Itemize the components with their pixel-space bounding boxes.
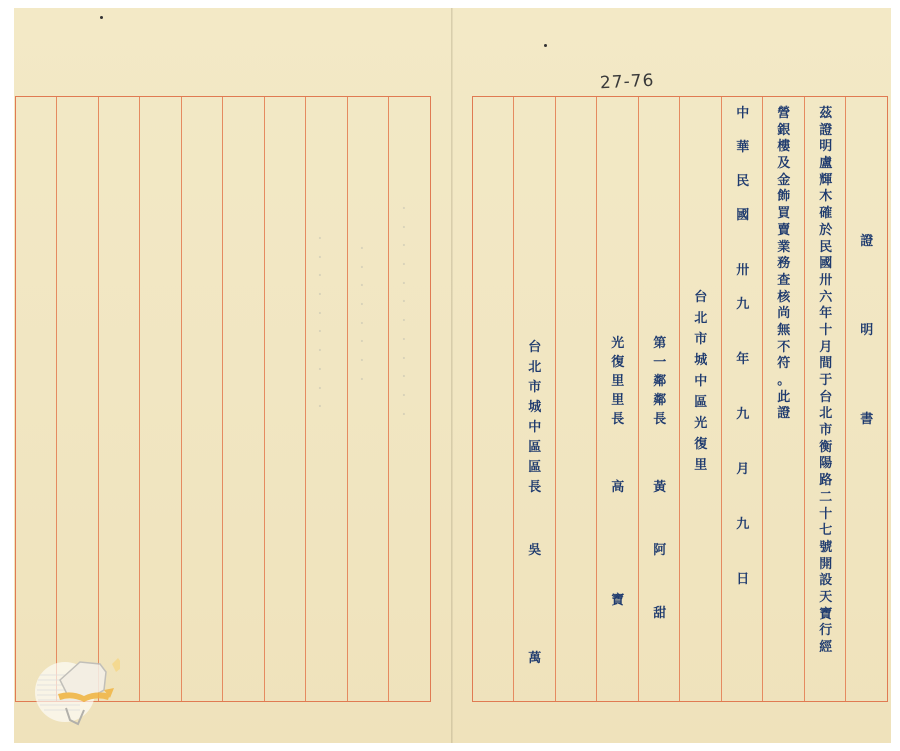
body-char: 市 [819,424,832,437]
village-chief-column: 光復里里長 高 寶 [597,97,639,701]
bleed-through-text: ·········· [318,230,322,417]
body-char: 年 [819,307,832,320]
body-char: 間 [819,357,832,370]
body-char: 盧 [819,157,832,170]
body-char: 月 [819,341,832,354]
location-char: 市 [694,333,707,346]
location-char: 中 [694,375,707,388]
body-char: 號 [819,541,832,554]
location-char: 台 [694,291,707,304]
body-char: 七 [819,524,832,537]
location-char: 里 [694,459,707,472]
body-char: 飾 [777,190,790,203]
body-char: 核 [777,291,790,304]
signatory-name-char: 萬 [528,652,541,665]
location-char: 北 [694,312,707,325]
body-char: 輝 [819,174,832,187]
neighborhood-chief-column: 第一鄰鄰長 黃 阿 甜 [639,97,681,701]
signatory-name-char: 阿 [653,544,666,557]
location-char: 城 [694,354,707,367]
date-char: 卅 [736,264,749,277]
body-char: 北 [819,407,832,420]
body-char: 于 [819,374,832,387]
location-char: 區 [694,396,707,409]
signatory-title-char: 光 [611,337,624,350]
body-char: 樓 [777,140,790,153]
body-char: 六 [819,291,832,304]
title-column: 證 明 書 [846,97,888,701]
body-char: 買 [777,207,790,220]
bleed-through-text: ········ [360,240,364,390]
body-char: 查 [777,274,790,287]
left-page-grid [15,96,431,702]
body-char: 寶 [819,608,832,621]
center-fold [451,8,453,743]
signatory-title-char: 里 [611,394,624,407]
location-char: 復 [694,438,707,451]
signatory-title-char: 長 [611,413,624,426]
title-char: 書 [860,413,873,426]
speck [100,16,103,19]
date-char: 月 [736,463,749,476]
location-char: 光 [694,417,707,430]
body-char: 路 [819,474,832,487]
body-line-2: 營銀樓及金飾買賣業務查核尚無不符。此證 [763,97,805,701]
speck [544,44,547,47]
signatory-title-char: 長 [528,481,541,494]
date-char: 九 [736,408,749,421]
signatory-title-char: 城 [528,401,541,414]
signatory-title-char: 里 [611,375,624,388]
archive-book-map-logo-icon [20,650,120,735]
signatory-title-char: 復 [611,356,624,369]
signatory-title-char: 中 [528,421,541,434]
body-char: 銀 [777,124,790,137]
body-char: 不 [777,341,790,354]
body-char: 國 [819,257,832,270]
body-char: 及 [777,157,790,170]
body-char: 賣 [777,224,790,237]
body-char: 證 [777,407,790,420]
body-char: 。 [777,374,790,387]
body-char: 務 [777,257,790,270]
body-char: 二 [819,491,832,504]
signatory-title-char: 鄰 [653,375,666,388]
body-char: 金 [777,174,790,187]
body-char: 營 [777,107,790,120]
body-char: 民 [819,241,832,254]
signatory-name-char: 高 [611,481,624,494]
title-char: 證 [860,235,873,248]
signatory-name-char: 寶 [611,594,624,607]
date-char: 九 [736,518,749,531]
body-char: 木 [819,190,832,203]
body-char: 衡 [819,441,832,454]
title-char: 明 [860,324,873,337]
body-char: 開 [819,558,832,571]
signatory-title-char: 市 [528,381,541,394]
body-char: 設 [819,574,832,587]
date-char: 民 [736,175,749,188]
signatory-name-char: 甜 [653,607,666,620]
body-char: 確 [819,207,832,220]
body-char: 證 [819,124,832,137]
date-char: 日 [736,573,749,586]
signatory-name-char: 吳 [528,544,541,557]
signatory-title-char: 鄰 [653,394,666,407]
date-char: 華 [736,141,749,154]
body-char: 明 [819,140,832,153]
bleed-through-text: ············ [402,200,406,424]
body-char: 於 [819,224,832,237]
body-char: 卅 [819,274,832,287]
signatory-title-char: 北 [528,361,541,374]
body-char: 茲 [819,107,832,120]
signatory-title-char: 台 [528,341,541,354]
body-char: 此 [777,391,790,404]
right-page-grid: 證 明 書 茲證明盧輝木確於民國卅六年十月間于台北市衡陽路二十七號開設天寶行經 … [472,96,888,702]
handwritten-number: 27-76 [600,71,655,94]
body-char: 符 [777,357,790,370]
location-column: 台北市城中區光復里 [680,97,722,701]
signatory-title-char: 長 [653,413,666,426]
body-char: 業 [777,241,790,254]
body-char: 陽 [819,457,832,470]
body-char: 台 [819,391,832,404]
date-char: 中 [736,107,749,120]
date-char: 國 [736,209,749,222]
signatory-title-char: 區 [528,441,541,454]
body-line-1: 茲證明盧輝木確於民國卅六年十月間于台北市衡陽路二十七號開設天寶行經 [805,97,847,701]
signatory-title-char: 一 [653,356,666,369]
body-char: 天 [819,591,832,604]
body-char: 十 [819,324,832,337]
signatory-title-char: 第 [653,337,666,350]
signatory-title-char: 區 [528,461,541,474]
date-column: 中 華 民 國 卅 九 年 九 月 九 日 [722,97,764,701]
body-char: 無 [777,324,790,337]
body-char: 十 [819,508,832,521]
body-char: 尚 [777,307,790,320]
date-char: 九 [736,298,749,311]
body-char: 行 [819,624,832,637]
signatory-name-char: 黃 [653,481,666,494]
district-chief-column: 台北市城中區區長 吳 萬 [514,97,556,701]
date-char: 年 [736,353,749,366]
body-char: 經 [819,641,832,654]
